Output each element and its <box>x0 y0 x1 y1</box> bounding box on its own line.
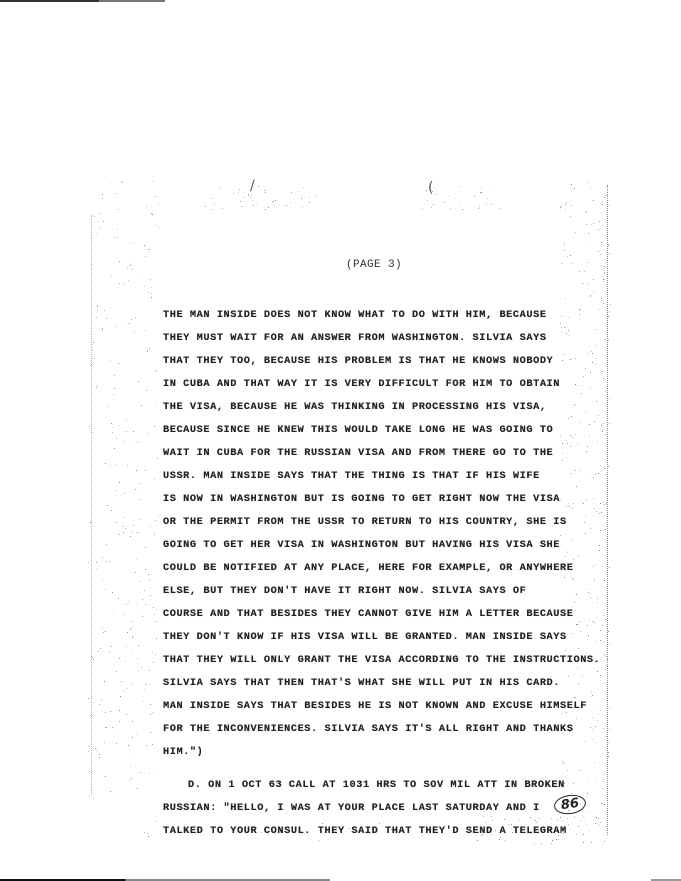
text-line: THEY MUST WAIT FOR AN ANSWER FROM WASHIN… <box>163 327 583 350</box>
text-line: OR THE PERMIT FROM THE USSR TO RETURN TO… <box>163 511 583 534</box>
scan-edge-top <box>0 0 165 2</box>
page-header: (PAGE 3) <box>346 259 402 271</box>
text-line: COULD BE NOTIFIED AT ANY PLACE, HERE FOR… <box>163 557 583 580</box>
text-line: THAT THEY TOO, BECAUSE HIS PROBLEM IS TH… <box>163 350 583 373</box>
text-line: FOR THE INCONVENIENCES. SILVIA SAYS IT'S… <box>163 718 583 741</box>
document-body: THE MAN INSIDE DOES NOT KNOW WHAT TO DO … <box>163 304 583 843</box>
text-line: WAIT IN CUBA FOR THE RUSSIAN VISA AND FR… <box>163 442 583 465</box>
text-line: MAN INSIDE SAYS THAT BESIDES HE IS NOT K… <box>163 695 583 718</box>
text-line: THAT THEY WILL ONLY GRANT THE VISA ACCOR… <box>163 649 583 672</box>
text-line: D. ON 1 OCT 63 CALL AT 1031 HRS TO SOV M… <box>163 774 583 797</box>
text-line: IS NOW IN WASHINGTON BUT IS GOING TO GET… <box>163 488 583 511</box>
text-line: RUSSIAN: "HELLO, I WAS AT YOUR PLACE LAS… <box>163 797 583 820</box>
paragraph-d: D. ON 1 OCT 63 CALL AT 1031 HRS TO SOV M… <box>163 774 583 843</box>
text-line: THE VISA, BECAUSE HE WAS THINKING IN PRO… <box>163 396 583 419</box>
text-line: SILVIA SAYS THAT THEN THAT'S WHAT SHE WI… <box>163 672 583 695</box>
text-line: COURSE AND THAT BESIDES THEY CANNOT GIVE… <box>163 603 583 626</box>
text-line: THEY DON'T KNOW IF HIS VISA WILL BE GRAN… <box>163 626 583 649</box>
text-line: ELSE, BUT THEY DON'T HAVE IT RIGHT NOW. … <box>163 580 583 603</box>
text-line: GOING TO GET HER VISA IN WASHINGTON BUT … <box>163 534 583 557</box>
text-line: TALKED TO YOUR CONSUL. THEY SAID THAT TH… <box>163 820 583 843</box>
left-margin-artifact <box>91 215 93 795</box>
right-margin-artifact <box>607 185 609 835</box>
text-line: THE MAN INSIDE DOES NOT KNOW WHAT TO DO … <box>163 304 583 327</box>
paragraph-conversation: THE MAN INSIDE DOES NOT KNOW WHAT TO DO … <box>163 304 583 764</box>
text-line: HIM.") <box>163 741 583 764</box>
pen-mark: / <box>250 178 255 194</box>
pen-mark: ( <box>428 180 433 196</box>
text-line: USSR. MAN INSIDE SAYS THAT THE THING IS … <box>163 465 583 488</box>
text-line: IN CUBA AND THAT WAY IT IS VERY DIFFICUL… <box>163 373 583 396</box>
text-line: BECAUSE SINCE HE KNEW THIS WOULD TAKE LO… <box>163 419 583 442</box>
